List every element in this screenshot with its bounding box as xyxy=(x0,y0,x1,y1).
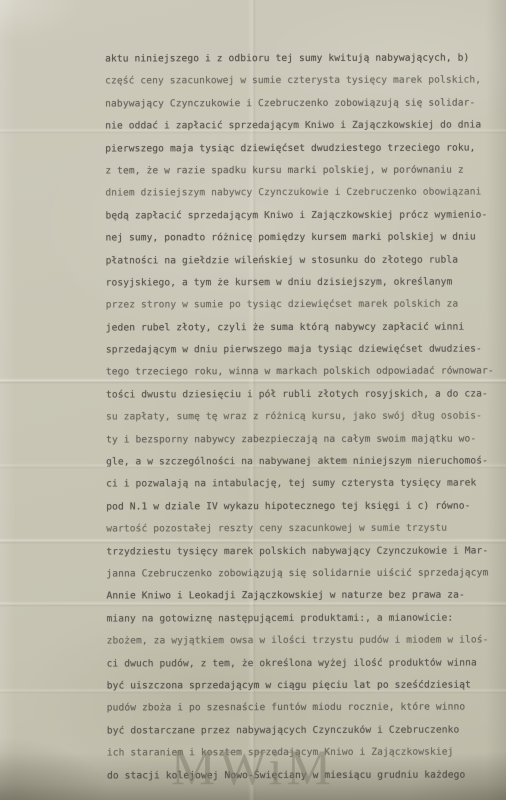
text-line: jeden rubel złoty, czyli że suma którą n… xyxy=(106,316,478,339)
text-line: su zapłaty, sumę tę wraz z różnicą kursu… xyxy=(106,406,478,429)
text-line: trzydziestu tysięcy marek polskich nabyw… xyxy=(106,540,478,563)
text-line: tego trzeciego roku, winna w markach pol… xyxy=(106,361,478,384)
text-line: nie oddać i zapłacić sprzedającym Kniwo … xyxy=(105,115,477,138)
text-line: janna Czebruczenko zobowiązują się solid… xyxy=(106,562,478,585)
text-line: pudów zboża i po szesnaście funtów miodu… xyxy=(107,697,479,720)
text-line: pod N.1 w dziale IV wykazu hipotecznego … xyxy=(106,495,478,518)
text-line: sprzedającym w dniu pierwszego maja tysi… xyxy=(106,339,478,362)
text-line: nabywający Czynczukowie i Czebruczenko z… xyxy=(105,92,477,115)
text-line: ci i pozwalają na intabulację, tej sumy … xyxy=(106,473,478,496)
text-line: miany na gotowiznę następującemi produkt… xyxy=(106,607,478,630)
text-line: być dostarczane przez nabywających Czync… xyxy=(107,719,479,742)
text-line: gle, a w szczególności na nabywanej akte… xyxy=(106,451,478,474)
text-line: zbożem, za wyjątkiem owsa w ilości trzys… xyxy=(107,630,479,653)
text-line: płatności na giełdzie wileńskiej w stosu… xyxy=(106,249,478,272)
text-line: rosyjskiego, a tym że kursem w dniu dzis… xyxy=(106,271,478,294)
scanned-document-page: aktu niniejszego i z odbioru tej sumy kw… xyxy=(0,0,506,800)
text-line: przez strony w sumie po tysiąc dziewięćs… xyxy=(106,294,478,317)
text-line: nej sumy, ponadto różnicę pomiędzy kurse… xyxy=(106,227,478,250)
text-line: być uiszczona sprzedającym w ciągu pięci… xyxy=(107,674,479,697)
text-line: aktu niniejszego i z odbioru tej sumy kw… xyxy=(105,48,477,71)
text-line: z tem, że w razie spadku kursu marki pol… xyxy=(105,159,477,182)
text-line: dniem dzisiejszym nabywcy Czynczukowie i… xyxy=(105,182,477,205)
text-line: wartość pozostałej reszty ceny szacunkow… xyxy=(106,518,478,541)
text-line: ich staraniem i kosztem sprzedającym Kni… xyxy=(107,742,479,765)
typewritten-text-block: aktu niniejszego i z odbioru tej sumy kw… xyxy=(105,48,479,788)
text-line: tości dwustu dziesięciu i pół rubli złot… xyxy=(106,383,478,406)
text-line: będą zapłacić sprzedającym Kniwo i Zając… xyxy=(105,204,477,227)
text-line: pierwszego maja tysiąc dziewięćset dwudz… xyxy=(105,137,477,160)
text-line: część ceny szacunkowej w sumie czterysta… xyxy=(105,70,477,93)
text-line: do stacji kolejowej Nowo-Święciany w mie… xyxy=(107,764,479,787)
text-line: ty i bezsporny nabywcy zabezpieczają na … xyxy=(106,428,478,451)
text-line: Annie Kniwo i Leokadji Zajączkowskiej w … xyxy=(106,585,478,608)
text-line: ci dwuch pudów, z tem, że określona wyże… xyxy=(107,652,479,675)
